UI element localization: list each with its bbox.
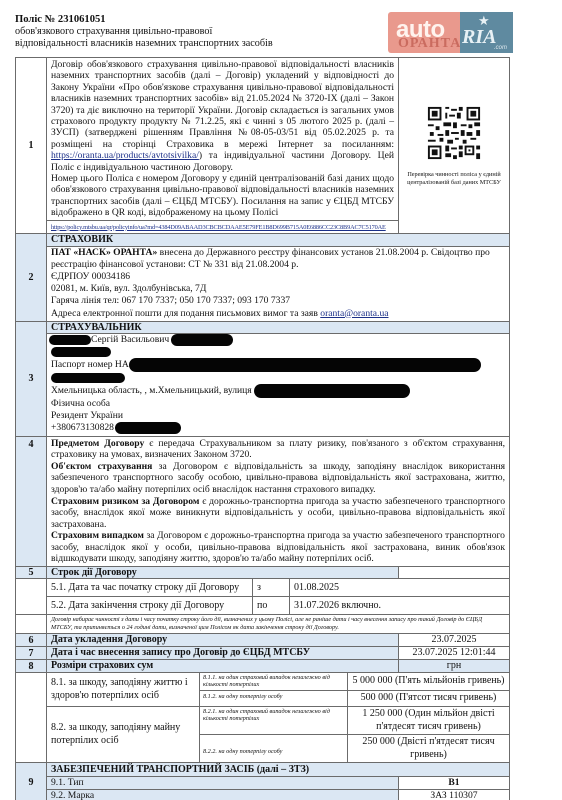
policy-subtitle-2: відповідальності власників наземних тран… xyxy=(15,38,273,50)
insured-phone: +380673130828 xyxy=(51,423,114,434)
policy-table: 1 Договір обов'язкового страхування циві… xyxy=(15,57,510,800)
section-5-title: Строк дії Договору xyxy=(47,567,399,579)
policy-header: Поліс № 231061051 обов'язкового страхува… xyxy=(15,14,273,50)
insurer-edrpou: ЄДРПОУ 00034186 xyxy=(51,271,130,282)
redaction xyxy=(171,334,233,346)
insurer-hotline: Гаряча лінія тел: 067 170 7337; 050 170 … xyxy=(51,295,290,306)
policy-title: Поліс № 231061051 xyxy=(15,14,273,26)
start-date-prep: з xyxy=(253,579,290,597)
insurer-name: ПАТ «НАСК» ОРАНТА» xyxy=(51,247,157,258)
vehicle-brand-label: 9.2. Марка xyxy=(47,790,399,800)
section-2-header: 2 СТРАХОВИК xyxy=(16,234,510,246)
autoria-watermark: ОРАНТА auto ★ RIA .com xyxy=(388,12,513,53)
qr-code-icon[interactable] xyxy=(426,105,482,161)
insurer-address: 02081, м. Київ, вул. Здолбунівська, 7Д xyxy=(51,283,206,294)
redaction xyxy=(129,358,481,372)
qr-caption: Перевірка чинності поліса у єдиній центр… xyxy=(403,171,505,186)
sums-title: Розміри страхових сум xyxy=(47,660,399,673)
insured-address: Хмельницька область, , м.Хмельницький, в… xyxy=(51,386,252,397)
start-date-label: 5.1. Дата та час початку строку дії Дого… xyxy=(47,579,253,597)
products-link[interactable]: https://oranta.ua/products/avtotsivilka/ xyxy=(51,150,199,161)
vehicle-type-value: B1 xyxy=(399,777,510,790)
redaction xyxy=(51,373,125,383)
property-per-event-label: 8.2.1. на один страховий випадок незалеж… xyxy=(200,707,348,735)
section-5-number: 5 xyxy=(16,567,47,579)
insured-residency: Резидент України xyxy=(51,410,123,421)
insured-person-type: Фізична особа xyxy=(51,398,110,409)
life-per-person-label: 8.1.2. на одну потерпілу особу xyxy=(200,691,348,707)
policy-url-cell: https://policy.mtsbu.ua/qr/policyinfo/ua… xyxy=(47,220,399,233)
section-1-ecbd-text: Номер цього Поліса є номером Договору у … xyxy=(51,173,394,218)
life-per-event-label: 8.1.1. на один страховий випадок незалеж… xyxy=(200,673,348,691)
sums-currency: грн xyxy=(399,660,510,673)
record-date-value: 23.07.2025 12:01:44 xyxy=(399,647,510,660)
vehicle-brand-value: ЗАЗ 110307 xyxy=(399,790,510,800)
vehicle-type-label: 9.1. Тип xyxy=(47,777,399,790)
section-1-number: 1 xyxy=(16,58,47,234)
redaction xyxy=(115,422,181,434)
property-label: 8.2. за шкоду, заподіяну майну потерпіли… xyxy=(47,707,200,763)
insured-passport: Паспорт номер НА xyxy=(51,360,129,371)
watermark-com: .com xyxy=(494,45,507,51)
section-3-body: Сергій Васильович Паспорт номер НА Хмель… xyxy=(47,334,510,436)
insurer-email-link[interactable]: oranta@oranta.ua xyxy=(320,308,388,319)
section-1: 1 Договір обов'язкового страхування циві… xyxy=(16,58,510,221)
section-2-body: ПАТ «НАСК» ОРАНТА» внесена до Державного… xyxy=(47,246,510,321)
section-6-number: 6 xyxy=(16,634,47,647)
property-per-person-value: 250 000 (Двісті п'ятдесят тисяч гривень) xyxy=(348,735,510,763)
section-3-number: 3 xyxy=(16,321,47,436)
contract-date-label: Дата укладення Договору xyxy=(47,634,399,647)
section-2-number: 2 xyxy=(16,234,47,322)
record-date-label: Дата і час внесення запису про Договір д… xyxy=(47,647,399,660)
contract-date-value: 23.07.2025 xyxy=(399,634,510,647)
end-date-value: 31.07.2026 включно. xyxy=(290,597,510,615)
section-8-number: 8 xyxy=(16,660,47,673)
section-4-body: Предметом Договору є передача Страхуваль… xyxy=(47,436,510,567)
property-per-event-value: 1 250 000 (Один мільйон двісті п'ятдесят… xyxy=(348,707,510,735)
life-health-label: 8.1. за шкоду, заподіяну життю і здоров'… xyxy=(47,673,200,707)
property-per-person-label: 8.2.2. на одну потерпілу особу xyxy=(200,735,348,763)
section-2-title: СТРАХОВИК xyxy=(47,234,510,246)
section-1-text: Договір обов'язкового страхування цивіль… xyxy=(47,58,399,221)
insured-name: Сергій Васильович xyxy=(91,334,169,345)
redaction xyxy=(51,347,111,357)
redaction xyxy=(254,384,410,398)
section-4-number: 4 xyxy=(16,436,47,567)
validity-note: Договір набирає чинності з дати і часу п… xyxy=(47,615,510,634)
section-9-number: 9 xyxy=(16,763,47,800)
policy-url-link[interactable]: https://policy.mtsbu.ua/qr/policyinfo/ua… xyxy=(51,224,386,231)
vehicle-title: ЗАБЕЗПЕЧЕНИЙ ТРАНСПОРТНИЙ ЗАСІБ (далі – … xyxy=(47,763,510,777)
section-3-title: СТРАХУВАЛЬНИК xyxy=(47,321,510,333)
policy-subtitle-1: обов'язкового страхування цивільно-право… xyxy=(15,26,273,38)
end-date-prep: по xyxy=(253,597,290,615)
qr-cell: Перевірка чинності поліса у єдиній центр… xyxy=(399,58,510,234)
start-date-value: 01.08.2025 xyxy=(290,579,510,597)
life-per-event-value: 5 000 000 (П'ять мільйонів гривень) xyxy=(348,673,510,691)
life-per-person-value: 500 000 (П'ятсот тисяч гривень) xyxy=(348,691,510,707)
section-7-number: 7 xyxy=(16,647,47,660)
end-date-label: 5.2. Дата закінчення строку дії Договору xyxy=(47,597,253,615)
redaction xyxy=(49,335,91,345)
watermark-auto: auto xyxy=(396,16,445,44)
watermark-ria: RIA xyxy=(462,26,496,49)
